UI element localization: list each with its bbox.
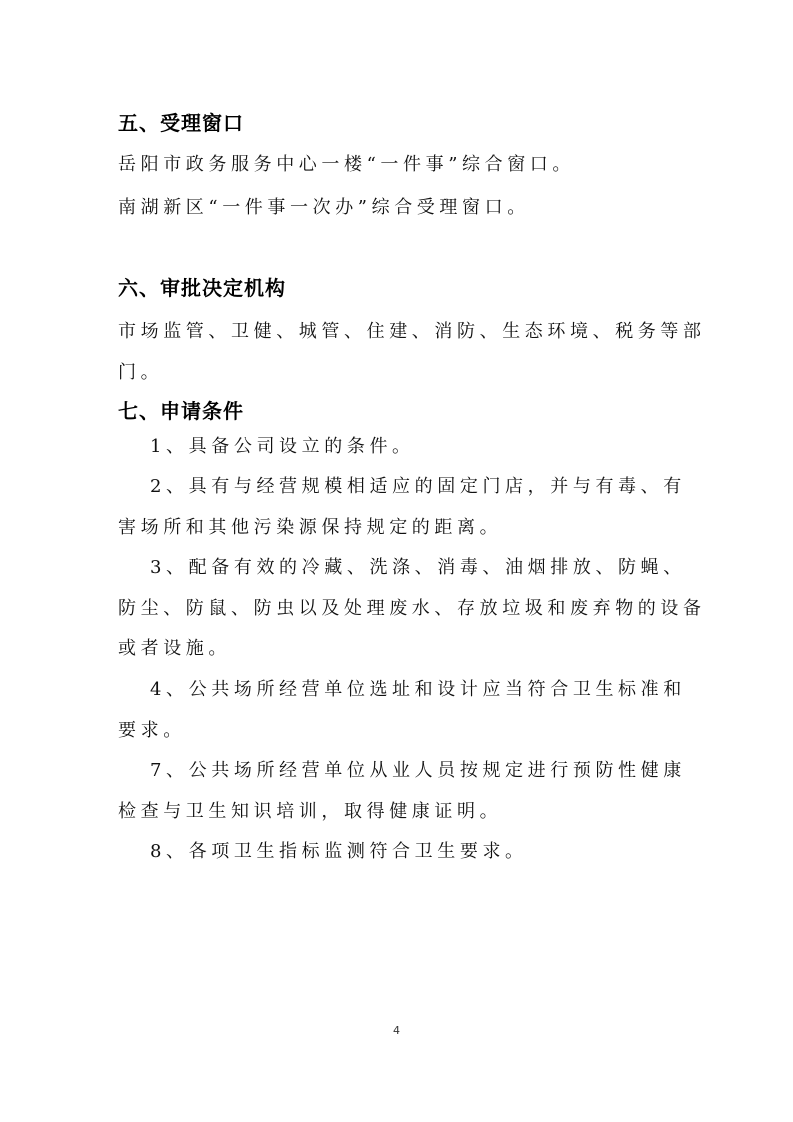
paragraph-line: 南湖新区“一件事一次办”综合受理窗口。 — [118, 193, 530, 219]
section-heading-acceptance-window: 五、受理窗口 — [118, 107, 244, 136]
condition-item: 3、配备有效的冷藏、洗涤、消毒、油烟排放、防蝇、 — [150, 553, 686, 579]
condition-item-cont: 检查与卫生知识培训，取得健康证明。 — [118, 797, 502, 823]
page-number: 4 — [393, 1024, 400, 1037]
condition-item-cont: 防尘、防鼠、防虫以及处理废水、存放垃圾和废弃物的设备 — [118, 594, 706, 620]
condition-item: 4、公共场所经营单位选址和设计应当符合卫生标准和 — [150, 675, 686, 701]
section-heading-conditions: 七、申请条件 — [118, 395, 244, 424]
paragraph-line: 门。 — [118, 358, 163, 384]
condition-item: 7、公共场所经营单位从业人员按规定进行预防性健康 — [150, 756, 686, 782]
section-heading-approval-authority: 六、审批决定机构 — [118, 272, 286, 301]
condition-item-cont: 害场所和其他污染源保持规定的距离。 — [118, 513, 502, 539]
condition-item-cont: 或者设施。 — [118, 634, 231, 660]
condition-item-cont: 要求。 — [118, 716, 186, 742]
paragraph-line: 市场监管、卫健、城管、住建、消防、生态环境、税务等部 — [118, 317, 706, 343]
document-page: 五、受理窗口 岳阳市政务服务中心一楼“一件事”综合窗口。 南湖新区“一件事一次办… — [0, 0, 793, 1122]
condition-item: 1、具备公司设立的条件。 — [150, 432, 415, 458]
condition-item: 2、具有与经营规模相适应的固定门店，并与有毒、有 — [150, 472, 686, 498]
paragraph-line: 岳阳市政务服务中心一楼“一件事”综合窗口。 — [118, 150, 575, 176]
condition-item: 8、各项卫生指标监测符合卫生要求。 — [150, 837, 528, 863]
